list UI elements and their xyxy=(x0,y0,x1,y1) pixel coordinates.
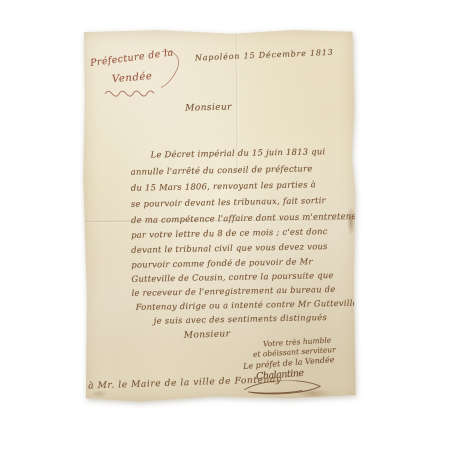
valediction-salutation: Monsieur xyxy=(184,329,231,341)
letter-paper: Préfecture de la Vendée Napoléon 15 Déce… xyxy=(82,28,358,402)
salutation: Monsieur xyxy=(185,103,232,114)
body-line: de ma compétence l'affaire dont vous m'e… xyxy=(131,211,361,225)
body-line: Fontenay dirige ou a intenté contre Mr G… xyxy=(136,298,358,312)
letter-photo: Préfecture de la Vendée Napoléon 15 Déce… xyxy=(83,29,356,401)
dateline: Napoléon 15 Décembre 1813 xyxy=(195,48,334,63)
body-line: du 15 Mars 1806, renvoyant les parties à xyxy=(131,179,316,193)
body-line: devant le tribunal civil que vous devez … xyxy=(131,241,328,255)
valediction-intro: je suis avec des sentiments distingués xyxy=(154,312,328,326)
body-line: annulle l'arrêté du conseil de préfectur… xyxy=(131,163,313,176)
body-line: par votre lettre du 8 de ce mois ; c'est… xyxy=(131,226,328,240)
body-line: Le Décret impérial du 15 juin 1813 qui xyxy=(150,146,325,159)
letterhead-line2: Vendée xyxy=(112,71,153,85)
body-line: Gutteville de Cousin, contre la poursuit… xyxy=(131,270,333,284)
body-line: se pourvoir devant les tribunaux, fait s… xyxy=(131,195,326,209)
body-line: le receveur de l'enregistrement au burea… xyxy=(131,284,335,298)
body-line: pourvoir comme fondé de pouvoir de Mr xyxy=(131,256,313,269)
letterhead-underline-flourish xyxy=(104,87,162,97)
letterhead-swash xyxy=(160,47,182,91)
